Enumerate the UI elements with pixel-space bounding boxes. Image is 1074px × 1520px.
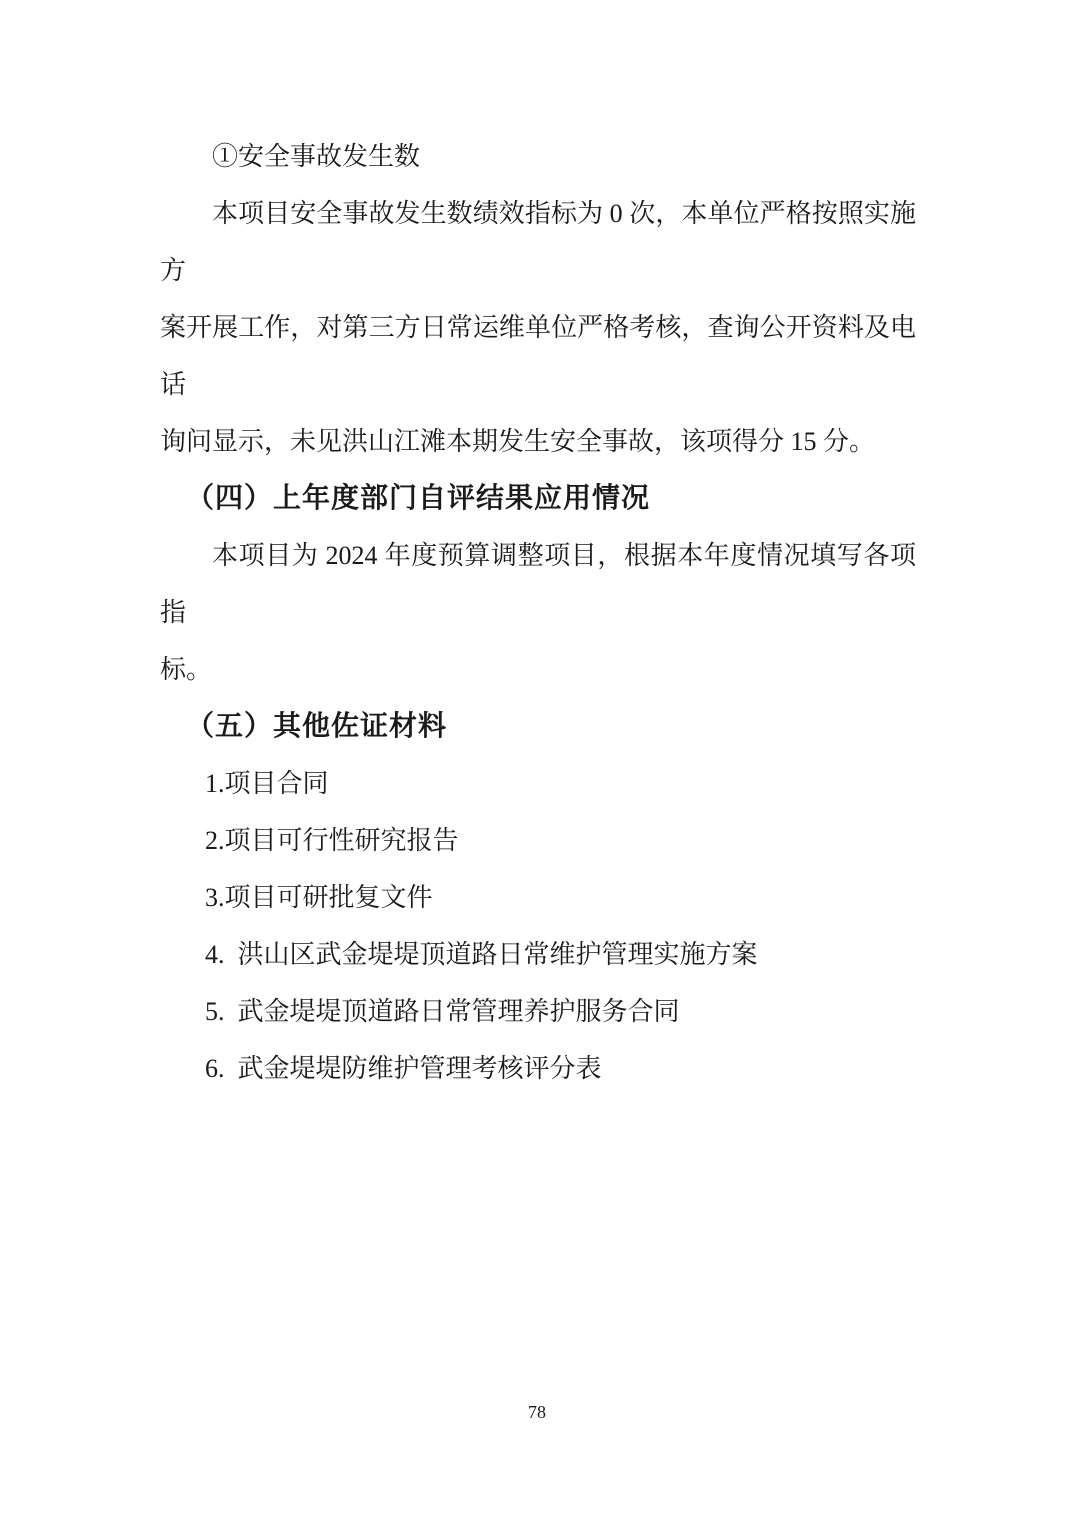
attachment-item-1: 1.项目合同 — [160, 755, 916, 812]
attachment-item-4: 4. 洪山区武金堤堤顶道路日常维护管理实施方案 — [160, 926, 916, 983]
attachment-item-6: 6. 武金堤堤防维护管理考核评分表 — [160, 1040, 916, 1097]
document-page: ①安全事故发生数 本项目安全事故发生数绩效指标为 0 次，本单位严格按照实施方 … — [0, 0, 1074, 1520]
paragraph2-line1: 本项目为 2024 年度预算调整项目，根据本年度情况填写各项指 — [160, 527, 916, 641]
section5-heading: （五）其他佐证材料 — [160, 698, 916, 755]
attachment-item-2: 2.项目可行性研究报告 — [160, 812, 916, 869]
attachment-item-3: 3.项目可研批复文件 — [160, 869, 916, 926]
paragraph1-line3: 询问显示，未见洪山江滩本期发生安全事故，该项得分 15 分。 — [160, 413, 916, 470]
paragraph2-line2: 标。 — [160, 641, 916, 698]
page-number: 78 — [0, 1398, 1074, 1426]
document-body: ①安全事故发生数 本项目安全事故发生数绩效指标为 0 次，本单位严格按照实施方 … — [160, 128, 916, 1097]
paragraph1-line2: 案开展工作，对第三方日常运维单位严格考核，查询公开资料及电话 — [160, 299, 916, 413]
paragraph1-line1: 本项目安全事故发生数绩效指标为 0 次，本单位严格按照实施方 — [160, 185, 916, 299]
section4-heading: （四）上年度部门自评结果应用情况 — [160, 470, 916, 527]
attachment-item-5: 5. 武金堤堤顶道路日常管理养护服务合同 — [160, 983, 916, 1040]
sub-item-heading: ①安全事故发生数 — [160, 128, 916, 185]
